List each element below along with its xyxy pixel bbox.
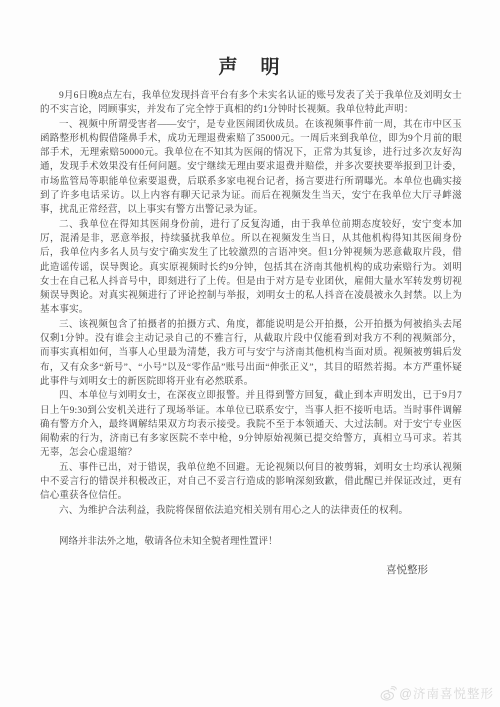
statement-paragraph-6: 六、为维护合法利益，我院将保留依法追究相关别有用心之人的法律责任的权利。 xyxy=(40,504,462,518)
statement-document: 声 明 9月6日晚8点左右，我单位发现抖音平台有多个未实名认证的账号发表了关于我… xyxy=(0,0,500,707)
intro-paragraph: 9月6日晚8点左右，我单位发现抖音平台有多个未实名认证的账号发表了关于我单位及刘… xyxy=(40,89,462,118)
weibo-icon xyxy=(380,686,397,701)
weibo-watermark: @济南喜悦整形 xyxy=(380,684,494,702)
signature: 喜悦整形 xyxy=(0,562,428,577)
statement-paragraph-4: 四、本单位与刘明女士，在深夜立即报警。并且得到警方回复，截止到本声明发出，已于9… xyxy=(40,389,462,460)
statement-paragraph-5: 五、事件已出，对于错误，我单位绝不回避。无论视频以何目的被剪辑，刘明女士均承认视… xyxy=(40,461,462,504)
statement-paragraph-2: 二、我单位在得知其医闹身份前，进行了反复沟通，由于我单位前期态度较好，安宁变本加… xyxy=(40,218,462,318)
watermark-handle: @济南喜悦整形 xyxy=(399,684,494,702)
document-title: 声 明 xyxy=(0,0,500,79)
document-body: 9月6日晚8点左右，我单位发现抖音平台有多个未实名认证的账号发表了关于我单位及刘… xyxy=(40,89,462,518)
closing-line: 网络并非法外之地，敬请各位未知全貌者理性置评！ xyxy=(40,535,462,549)
statement-paragraph-1: 一、视频中所谓受害者——安宁，是专业医闹团伙成员。在该视频事件前一周，其在市中区… xyxy=(40,118,462,218)
statement-paragraph-3: 三、该视频包含了拍摄者的拍摄方式、角度，都能说明是公开拍摄，公开拍摄为何被掐头去… xyxy=(40,318,462,389)
